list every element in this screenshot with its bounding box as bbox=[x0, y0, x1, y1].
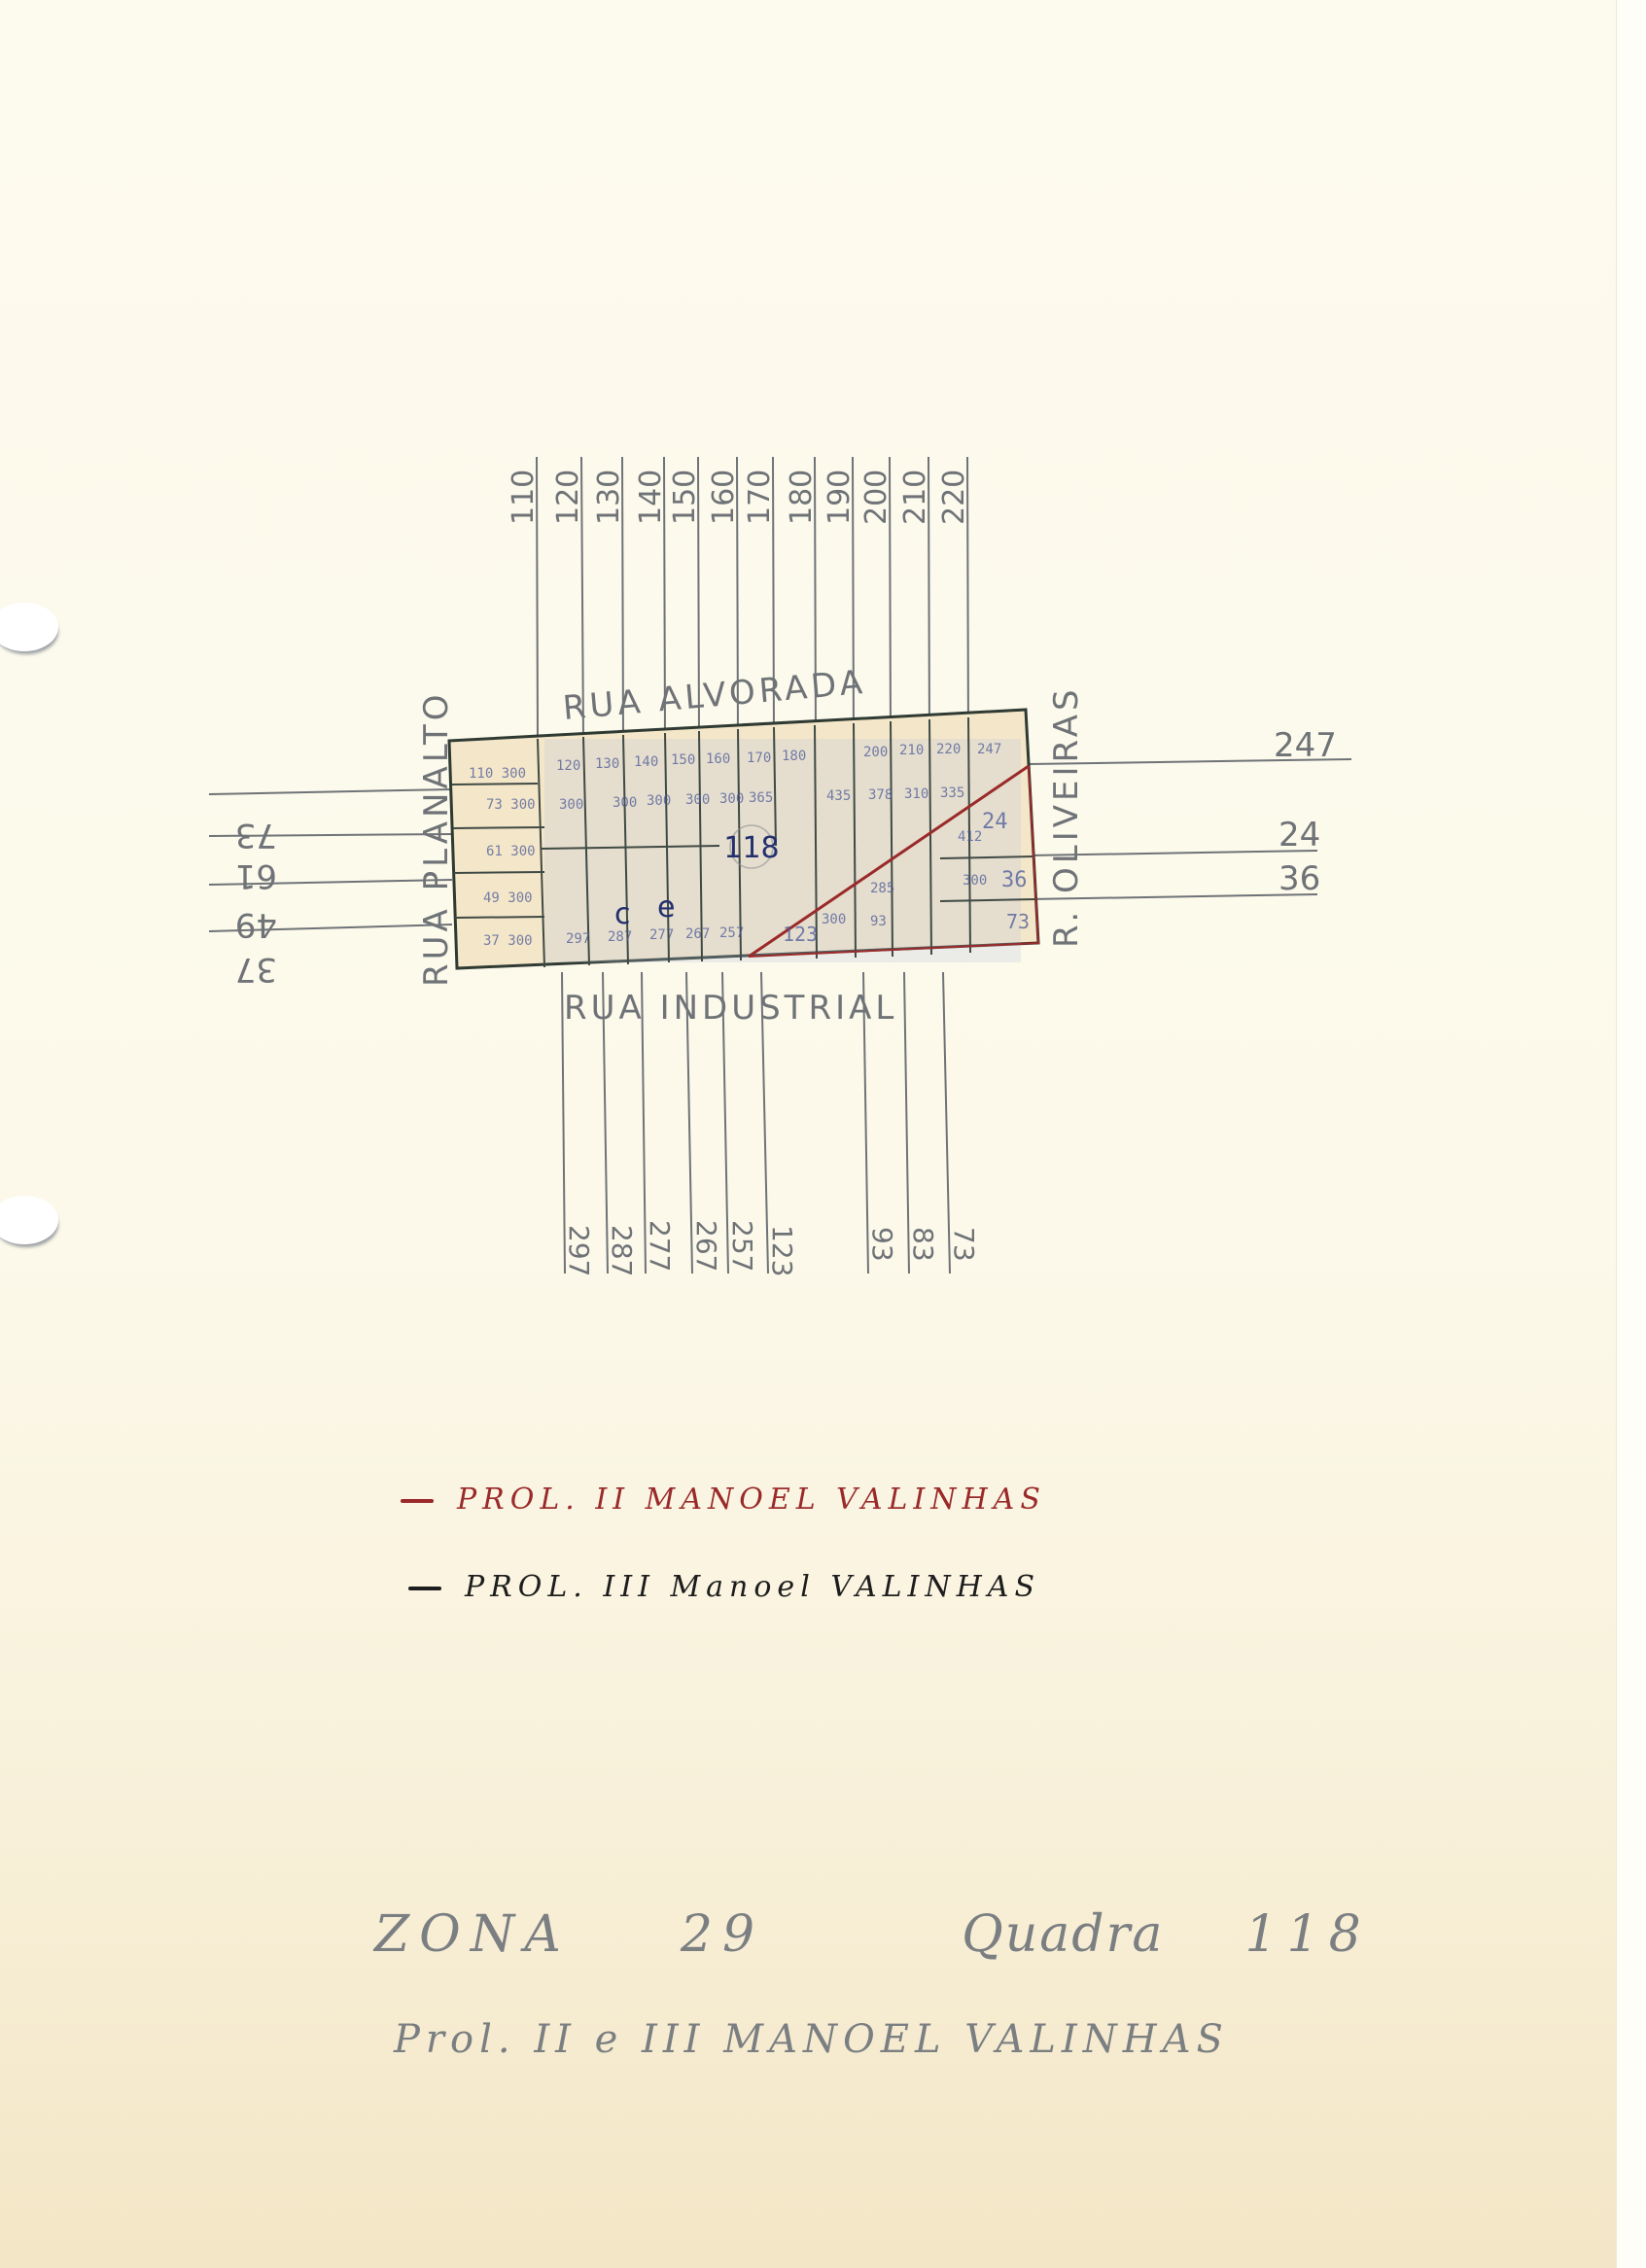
svg-text:24: 24 bbox=[1278, 816, 1320, 855]
svg-text:37 300: 37 300 bbox=[483, 933, 533, 949]
legend-black-dash bbox=[408, 1587, 441, 1590]
svg-text:220: 220 bbox=[936, 742, 961, 757]
svg-text:310: 310 bbox=[904, 786, 928, 802]
svg-text:120: 120 bbox=[551, 470, 585, 525]
bottom-labels: 297 287 277 267 257 123 93 83 73 bbox=[563, 1220, 980, 1276]
svg-text:93: 93 bbox=[866, 1227, 898, 1262]
svg-text:61: 61 bbox=[235, 856, 277, 895]
svg-text:180: 180 bbox=[782, 749, 806, 764]
svg-text:120: 120 bbox=[556, 758, 580, 774]
svg-text:247: 247 bbox=[1274, 726, 1337, 765]
svg-text:140: 140 bbox=[634, 470, 668, 525]
svg-text:247: 247 bbox=[977, 742, 1001, 757]
svg-text:277: 277 bbox=[644, 1220, 676, 1272]
svg-text:220: 220 bbox=[937, 470, 971, 525]
svg-text:93: 93 bbox=[870, 914, 887, 929]
svg-text:83: 83 bbox=[907, 1227, 939, 1262]
svg-text:140: 140 bbox=[634, 754, 658, 770]
svg-text:277: 277 bbox=[649, 927, 674, 943]
svg-text:37: 37 bbox=[235, 950, 277, 989]
svg-text:73: 73 bbox=[948, 1227, 980, 1262]
street-rua-alvorada: RUA ALVORADA bbox=[561, 663, 867, 728]
svg-text:300: 300 bbox=[559, 797, 583, 813]
svg-text:36: 36 bbox=[1001, 868, 1028, 892]
svg-text:378: 378 bbox=[868, 787, 893, 803]
svg-text:160: 160 bbox=[706, 751, 730, 767]
svg-text:49: 49 bbox=[235, 905, 277, 944]
svg-text:110: 110 bbox=[507, 470, 541, 525]
svg-text:200: 200 bbox=[863, 745, 888, 760]
svg-text:300: 300 bbox=[719, 791, 744, 807]
svg-text:300: 300 bbox=[685, 792, 710, 808]
svg-text:e: e bbox=[657, 890, 675, 925]
svg-text:297: 297 bbox=[563, 1225, 595, 1276]
svg-text:200: 200 bbox=[859, 470, 893, 525]
street-rua-industrial: RUA INDUSTRIAL bbox=[564, 989, 897, 1028]
street-r-oliveiras: R. OLIVEIRAS bbox=[1047, 685, 1086, 948]
svg-text:257: 257 bbox=[726, 1220, 758, 1272]
right-labels: 247 24 36 bbox=[1274, 726, 1337, 898]
svg-text:210: 210 bbox=[899, 743, 924, 758]
svg-text:24: 24 bbox=[982, 810, 1008, 834]
zona-value: 29 bbox=[681, 1905, 764, 1964]
svg-text:180: 180 bbox=[785, 470, 819, 525]
legend-red-dash bbox=[401, 1499, 434, 1503]
caption-prol: Prol. II e III MANOEL VALINHAS bbox=[394, 2017, 1229, 2062]
svg-text:287: 287 bbox=[608, 929, 632, 945]
svg-text:123: 123 bbox=[783, 923, 818, 946]
svg-text:130: 130 bbox=[595, 756, 619, 772]
svg-text:300: 300 bbox=[822, 912, 846, 927]
svg-text:123: 123 bbox=[766, 1225, 798, 1276]
svg-text:365: 365 bbox=[749, 790, 773, 806]
legend-prol-iii: PROL. III Manoel VALINHAS bbox=[408, 1570, 1040, 1604]
quadra-value: 118 bbox=[1244, 1905, 1370, 1964]
svg-text:150: 150 bbox=[671, 752, 695, 768]
caption-zona-quadra: ZONA 29 Quadra 118 bbox=[374, 1905, 1371, 1964]
svg-text:160: 160 bbox=[707, 470, 741, 525]
svg-text:335: 335 bbox=[940, 785, 964, 801]
svg-text:36: 36 bbox=[1278, 859, 1320, 898]
svg-text:73 300: 73 300 bbox=[486, 797, 536, 813]
svg-text:c: c bbox=[614, 897, 631, 931]
svg-text:300: 300 bbox=[647, 793, 671, 809]
svg-text:190: 190 bbox=[823, 470, 857, 525]
zona-label: ZONA bbox=[374, 1905, 571, 1964]
svg-text:285: 285 bbox=[870, 881, 894, 896]
svg-text:435: 435 bbox=[826, 788, 851, 804]
svg-text:300: 300 bbox=[613, 795, 637, 811]
svg-text:287: 287 bbox=[606, 1225, 638, 1276]
legend-prol-ii: PROL. II MANOEL VALINHAS bbox=[401, 1483, 1046, 1517]
street-rua-planalto: RUA PLANALTO bbox=[417, 690, 456, 987]
svg-text:170: 170 bbox=[743, 470, 777, 525]
svg-text:210: 210 bbox=[898, 470, 932, 525]
svg-text:267: 267 bbox=[685, 926, 710, 942]
svg-text:73: 73 bbox=[1006, 910, 1030, 933]
svg-text:297: 297 bbox=[566, 931, 590, 947]
svg-text:150: 150 bbox=[668, 470, 702, 525]
svg-text:257: 257 bbox=[719, 925, 744, 941]
svg-text:49 300: 49 300 bbox=[483, 890, 533, 906]
svg-text:300: 300 bbox=[963, 873, 987, 889]
quadra-label: Quadra bbox=[962, 1905, 1164, 1964]
left-labels: 73 61 49 37 bbox=[235, 816, 277, 989]
svg-text:73: 73 bbox=[235, 816, 277, 855]
svg-text:170: 170 bbox=[747, 750, 771, 766]
top-labels: 110 120 130 140 150 160 170 180 190 200 … bbox=[507, 470, 971, 525]
svg-text:130: 130 bbox=[592, 470, 626, 525]
svg-text:110 300: 110 300 bbox=[469, 766, 526, 782]
block-number: 118 bbox=[723, 831, 779, 865]
svg-text:267: 267 bbox=[690, 1220, 722, 1272]
svg-text:61 300: 61 300 bbox=[486, 844, 536, 859]
svg-text:412: 412 bbox=[958, 829, 982, 845]
